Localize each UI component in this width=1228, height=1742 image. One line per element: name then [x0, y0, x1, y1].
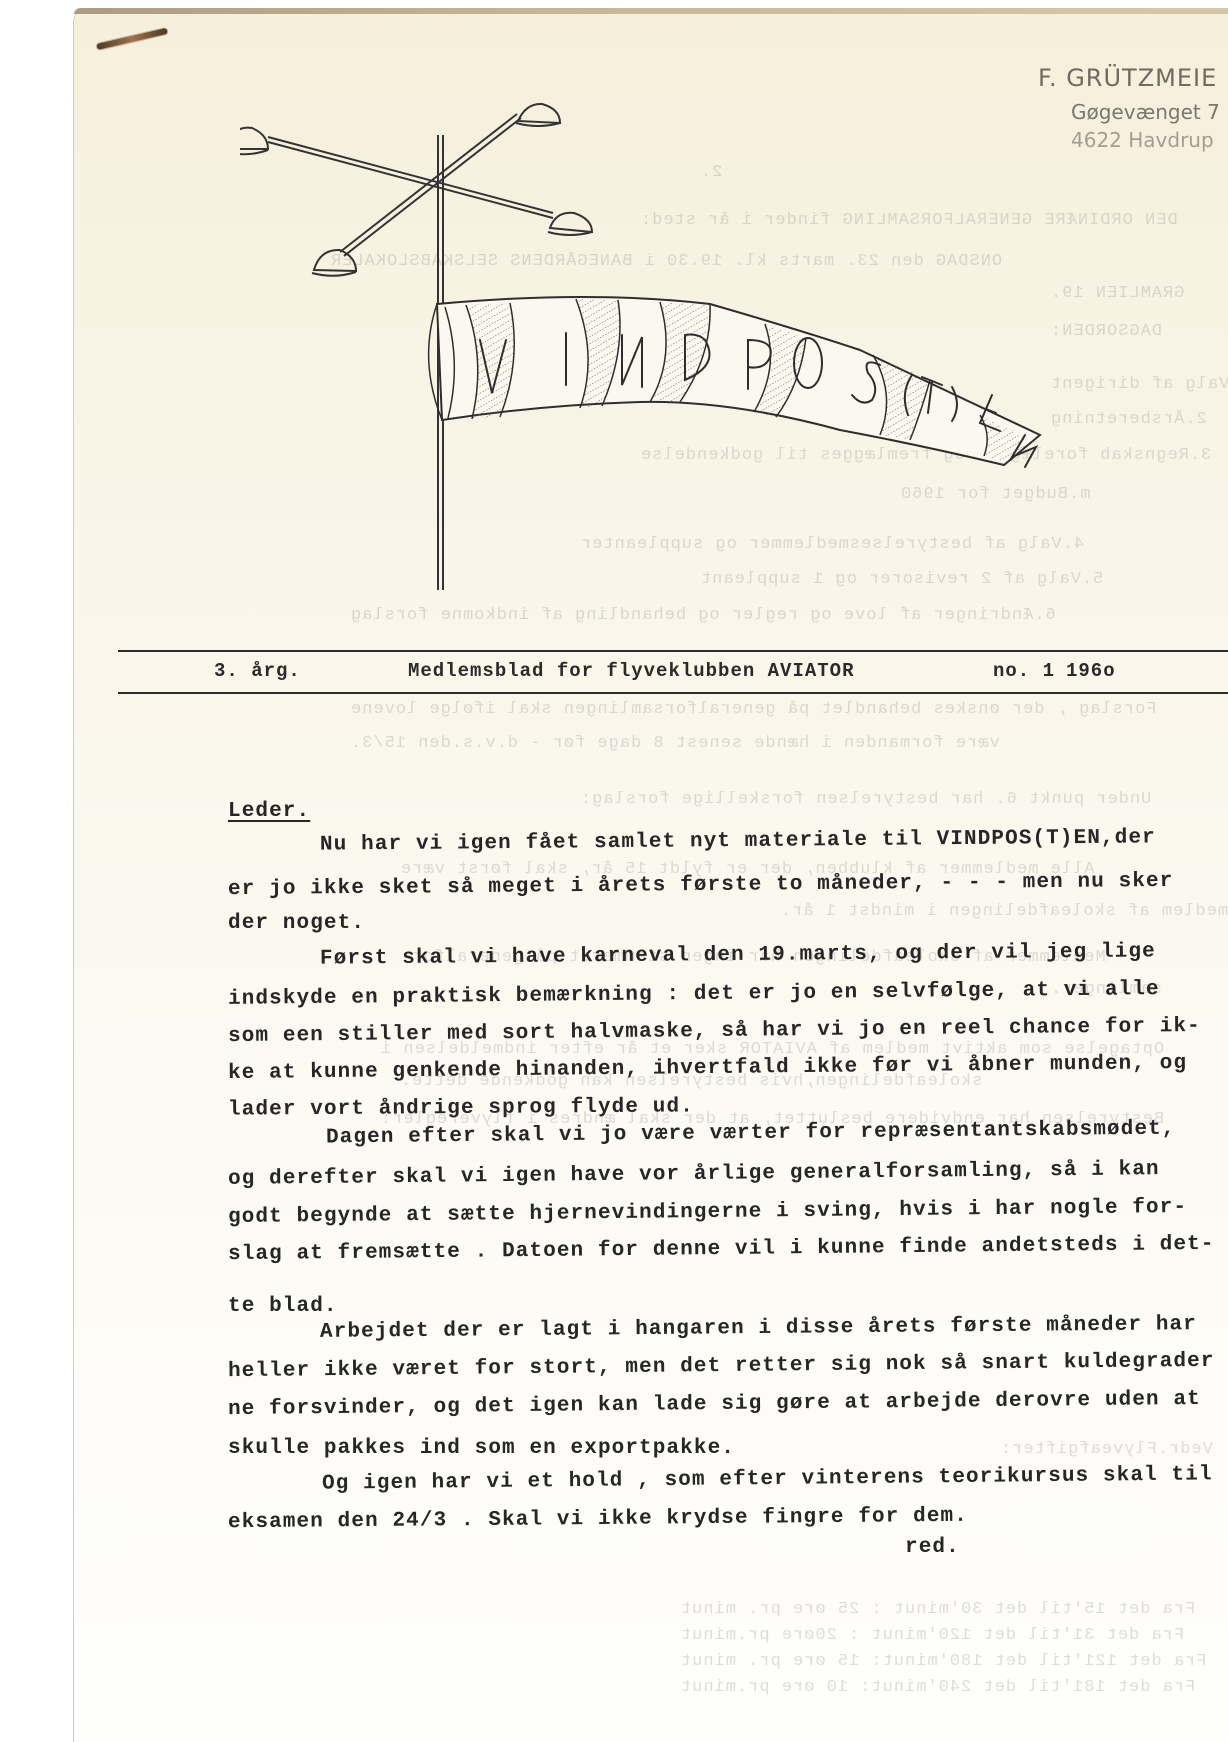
masthead: 3. årg. Medlemsblad for flyveklubben AVI… [118, 658, 1228, 688]
article-line: der noget. [228, 912, 365, 935]
stamp-name: F. GRÜTZMEIE [1038, 64, 1217, 92]
volume-label: 3. årg. [214, 660, 301, 682]
masthead-subtitle: Medlemsblad for flyveklubben AVIATOR [408, 660, 854, 682]
article-line: skulle pakkes ind som en exportpakke. [228, 1437, 735, 1460]
windsock-with-anemometer-icon [240, 95, 1100, 595]
article-heading: Leder. [228, 800, 310, 823]
article-line: lader vort åndrige sprog flyde ud. [228, 1095, 694, 1121]
masthead-bottom-rule [118, 692, 1228, 694]
issue-year: 196o [1066, 660, 1116, 682]
article-signature: red. [905, 1536, 960, 1559]
address-stamp: F. GRÜTZMEIE Gøgevænget 7 4622 Havdrup [1038, 64, 1217, 92]
issue-number: no. 1 [993, 660, 1055, 682]
article-line: te blad. [228, 1295, 338, 1318]
masthead-top-rule [118, 650, 1228, 652]
